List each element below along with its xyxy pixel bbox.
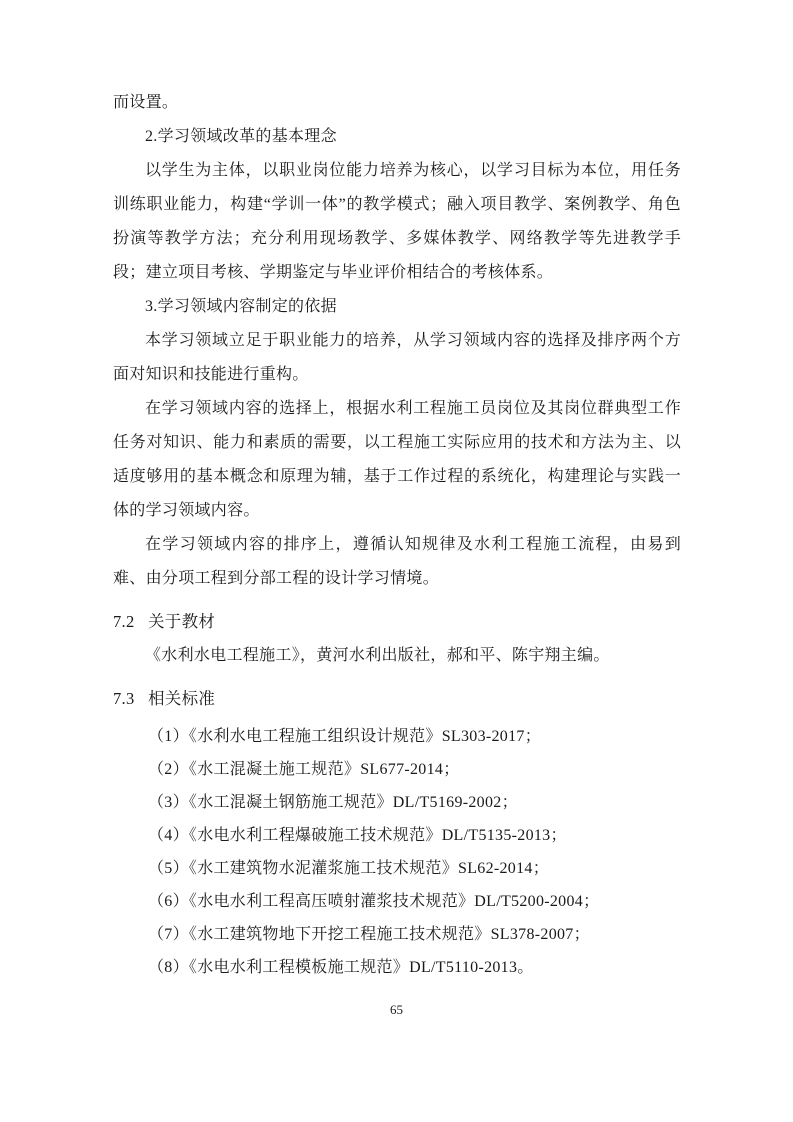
paragraph-continuation: 而设置。 <box>113 86 681 120</box>
section-heading-7-2: 7.2关于教材 <box>113 605 681 639</box>
paragraph-basis-selection: 在学习领域内容的选择上，根据水利工程施工员岗位及其岗位群典型工作任务对知识、能力… <box>113 392 681 528</box>
subheading-reform-concept: 2.学习领域改革的基本理念 <box>113 120 681 154</box>
section-number-7-3: 7.3 <box>113 682 148 716</box>
standard-item-4: （4）《水电水利工程爆破施工技术规范》DL/T5135-2013； <box>113 819 681 852</box>
document-page: 而设置。 2.学习领域改革的基本理念 以学生为主体，以职业岗位能力培养为核心，以… <box>0 0 793 1122</box>
standards-list: （1）《水利水电工程施工组织设计规范》SL303-2017； （2）《水工混凝土… <box>113 720 681 984</box>
document-body: 而设置。 2.学习领域改革的基本理念 以学生为主体，以职业岗位能力培养为核心，以… <box>113 86 681 984</box>
paragraph-basis-sequence: 在学习领域内容的排序上，遵循认知规律及水利工程施工流程，由易到难、由分项工程到分… <box>113 528 681 596</box>
standard-item-5: （5）《水工建筑物水泥灌浆施工技术规范》SL62-2014； <box>113 852 681 885</box>
standard-item-1: （1）《水利水电工程施工组织设计规范》SL303-2017； <box>113 720 681 753</box>
standard-item-2: （2）《水工混凝土施工规范》SL677-2014； <box>113 753 681 786</box>
standard-item-6: （6）《水电水利工程高压喷射灌浆技术规范》DL/T5200-2004； <box>113 885 681 918</box>
section-title-textbook: 关于教材 <box>148 612 215 631</box>
paragraph-basis-restructure: 本学习领域立足于职业能力的培养，从学习领域内容的选择及排序两个方面对知识和技能进… <box>113 324 681 392</box>
page-number: 65 <box>0 1002 793 1018</box>
standard-item-3: （3）《水工混凝土钢筋施工规范》DL/T5169-2002； <box>113 786 681 819</box>
paragraph-reform-concept: 以学生为主体，以职业岗位能力培养为核心，以学习目标为本位，用任务训练职业能力，构… <box>113 154 681 290</box>
section-heading-7-3: 7.3相关标准 <box>113 682 681 716</box>
standard-item-8: （8）《水电水利工程模板施工规范》DL/T5110-2013。 <box>113 951 681 984</box>
section-number-7-2: 7.2 <box>113 605 148 639</box>
subheading-content-basis: 3.学习领域内容制定的依据 <box>113 290 681 324</box>
standard-item-7: （7）《水工建筑物地下开挖工程施工技术规范》SL378-2007； <box>113 918 681 951</box>
section-title-standards: 相关标准 <box>148 689 215 708</box>
paragraph-textbook: 《水利水电工程施工》，黄河水利出版社，郝和平、陈宇翔主编。 <box>113 639 681 673</box>
